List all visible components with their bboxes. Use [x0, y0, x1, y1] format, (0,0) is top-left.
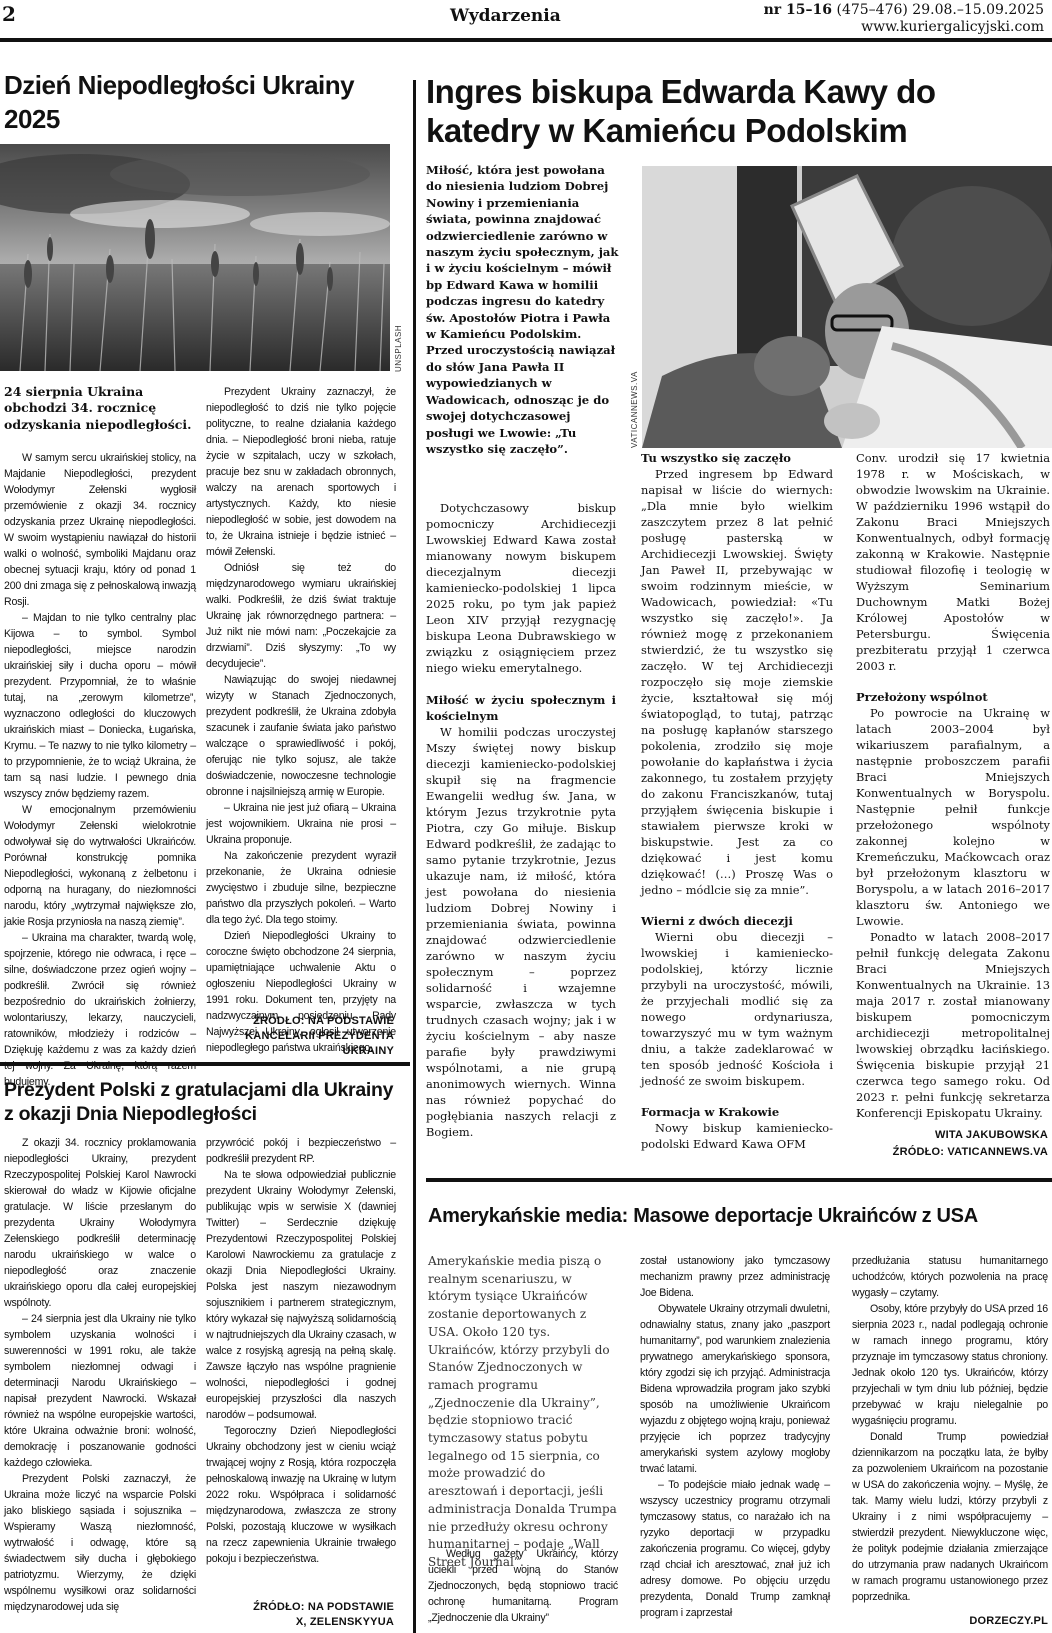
paragraph: Przed ingresem bp Edward napisał w liści…	[641, 466, 833, 898]
paragraph: Z okazji 34. rocznicy proklamowania niep…	[4, 1135, 196, 1311]
subheading: Wierni z dwóch diecezji	[641, 913, 833, 929]
paragraph: Osoby, które przybyły do USA przed 16 si…	[852, 1301, 1048, 1429]
photo-credit-vaticannews: VATICANNEWS.VA	[630, 371, 639, 448]
ingres-col2: Tu wszystko się zaczęło Przed ingresem b…	[641, 450, 833, 1152]
paragraph: przywrócić pokój i bezpieczeństwo – podk…	[206, 1135, 396, 1167]
bishop-image	[642, 166, 1052, 448]
article-col2: przywrócić pokój i bezpieczeństwo – podk…	[206, 1135, 396, 1567]
article-title-ingres: Ingres biskupa Edwarda Kawy do katedry w…	[426, 72, 1046, 150]
page-number: 2	[2, 2, 16, 26]
paragraph: Prezydent Ukrainy zaznaczył, że niepodle…	[206, 384, 396, 560]
paragraph: przedłużania statusu humanitarnego uchod…	[852, 1253, 1048, 1301]
ingres-col1: Dotychczasowy biskup pomocniczy Archidie…	[426, 500, 616, 1140]
article-source: ŹRÓDŁO: NA PODSTAWIE KANCELARII PREZYDEN…	[216, 1014, 394, 1059]
paragraph: W emocjonalnym przemówieniu Wołodymyr Ze…	[4, 802, 196, 930]
paragraph: Wierni obu diecezji – lwowskiej i kamien…	[641, 929, 833, 1089]
paragraph: Odniósł się też do międzynarodowego wymi…	[206, 560, 396, 672]
section-rule	[0, 1062, 410, 1066]
paragraph: Na te słowa odpowiedział publicznie prez…	[206, 1167, 396, 1423]
article-col2: Prezydent Ukrainy zaznaczył, że niepodle…	[206, 384, 396, 1056]
subheading: Miłość w życiu społecznym i kościelnym	[426, 692, 616, 724]
paragraph: Tegoroczny Dzień Niepodległości Ukrainy …	[206, 1423, 396, 1567]
subheading: Przełożony wspólnot	[856, 689, 1050, 705]
paragraph: – To podejście miało jednak wadę – wszys…	[640, 1477, 830, 1621]
paragraph: Nowy biskup kamieniecko-podolski Edward …	[641, 1120, 833, 1152]
issue-number: nr 15–16	[764, 2, 832, 18]
issue-dates: (475–476) 29.08.–15.09.2025	[832, 2, 1044, 18]
article-col1: Według gazety Ukraińcy, którzy uciekli p…	[428, 1546, 618, 1626]
photo-wheat-field	[0, 144, 390, 371]
subheading: Formacja w Krakowie	[641, 1104, 833, 1120]
paragraph: W samym sercu ukraińskiej stolicy, na Ma…	[4, 450, 196, 610]
paragraph: Po powrocie na Ukrainę w latach 2003–200…	[856, 705, 1050, 929]
article-author: WITA JAKUBOWSKA	[856, 1128, 1048, 1143]
article-title-deportations: Amerykańskie media: Masowe deportacje Uk…	[428, 1204, 1052, 1228]
column-divider	[413, 80, 416, 1633]
paragraph: Obywatele Ukrainy otrzymali dwuletni, od…	[640, 1301, 830, 1477]
section-rule	[426, 1178, 1052, 1182]
header-rule	[0, 38, 1052, 42]
paragraph: – Ukraina ma charakter, twardą wolę, spo…	[4, 930, 196, 1090]
paragraph: został ustanowiony jako tymczasowy mecha…	[640, 1253, 830, 1301]
article-lead: 24 sierpnia Ukraina obchodzi 34. rocznic…	[4, 384, 194, 433]
paragraph: – 24 sierpnia jest dla Ukrainy nie tylko…	[4, 1311, 196, 1471]
paragraph: Na zakończenie prezydent wyraził przekon…	[206, 848, 396, 928]
issue-info: nr 15–16 (475–476) 29.08.–15.09.2025 www…	[764, 2, 1044, 36]
article-title-ukraine-day: Dzień Niepodległości Ukrainy 2025	[4, 68, 404, 136]
ingres-col3: Conv. urodził się 17 kwietnia 1978 r. w …	[856, 450, 1050, 1121]
paragraph: Według gazety Ukraińcy, którzy uciekli p…	[428, 1546, 618, 1626]
subheading: Tu wszystko się zaczęło	[641, 450, 833, 466]
photo-credit-unsplash: UNSPLASH	[394, 325, 403, 372]
article-lead: Amerykańskie media piszą o realnym scena…	[428, 1253, 618, 1572]
paragraph: Dotychczasowy biskup pomocniczy Archidie…	[426, 500, 616, 676]
article-source: ŹRÓDŁO: NA PODSTAWIE X, ZELENSKYYUA	[240, 1600, 394, 1630]
wheat-field-image	[0, 144, 390, 371]
paragraph: Donald Trump powiedział dziennikarzom na…	[852, 1429, 1048, 1605]
article-col2: został ustanowiony jako tymczasowy mecha…	[640, 1253, 830, 1621]
paragraph: Conv. urodził się 17 kwietnia 1978 r. w …	[856, 450, 1050, 674]
article-source: ŹRÓDŁO: VATICANNEWS.VA	[856, 1145, 1048, 1160]
article-col1: Z okazji 34. rocznicy proklamowania niep…	[4, 1135, 196, 1615]
article-col1: W samym sercu ukraińskiej stolicy, na Ma…	[4, 450, 196, 1090]
photo-bishop	[642, 166, 1052, 448]
website-link[interactable]: www.kuriergalicyjski.com	[764, 19, 1044, 36]
article-source: DORZECZY.PL	[852, 1614, 1048, 1629]
paragraph: W homilii podczas uroczystej Mszy święte…	[426, 724, 616, 1140]
paragraph: – Ukraina nie jest już ofiarą – Ukraina …	[206, 800, 396, 848]
section-title: Wydarzenia	[450, 6, 610, 26]
article-title-polish-president: Prezydent Polski z gratulacjami dla Ukra…	[4, 1078, 404, 1126]
article-lead: Miłość, która jest powołana do niesienia…	[426, 162, 622, 457]
paragraph: – Majdan to nie tylko centralny plac Kij…	[4, 610, 196, 802]
paragraph: Nawiązując do swojej niedawnej wizyty w …	[206, 672, 396, 800]
paragraph: Prezydent Polski zaznaczył, że Ukraina m…	[4, 1471, 196, 1615]
paragraph: Ponadto w latach 2008–2017 pełnił funkcj…	[856, 929, 1050, 1121]
article-col3: przedłużania statusu humanitarnego uchod…	[852, 1253, 1048, 1605]
